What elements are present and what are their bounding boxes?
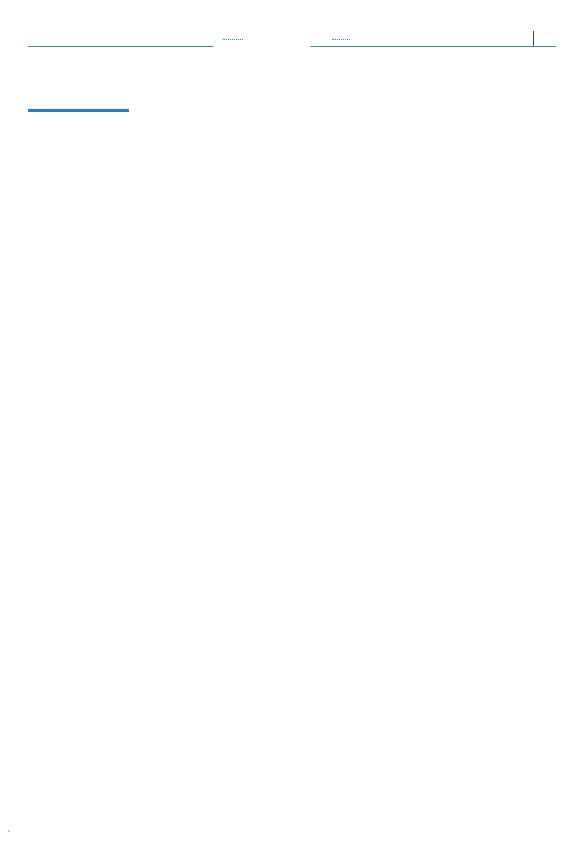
letter	[348, 117, 449, 122]
letter	[242, 84, 343, 89]
letter	[135, 125, 236, 130]
letter	[242, 109, 343, 114]
letter	[28, 140, 129, 145]
letter	[242, 125, 343, 130]
letter	[242, 117, 343, 122]
letter	[242, 59, 343, 64]
letter	[348, 84, 449, 89]
letter	[135, 76, 236, 81]
letter	[348, 59, 449, 64]
letter	[28, 92, 129, 97]
column-2	[135, 59, 236, 829]
letter	[348, 67, 449, 72]
letter	[242, 76, 343, 81]
letter	[348, 100, 449, 105]
letter	[28, 206, 129, 211]
column-3	[242, 59, 343, 829]
letter	[28, 123, 129, 128]
letter	[455, 84, 556, 89]
letter	[348, 134, 449, 139]
letter	[242, 150, 343, 155]
letter	[455, 125, 556, 130]
letter	[28, 189, 129, 194]
letter	[242, 92, 343, 97]
letter	[455, 109, 556, 114]
letter	[455, 117, 556, 122]
letter	[455, 67, 556, 72]
letter	[135, 117, 236, 122]
letter	[135, 150, 236, 155]
logo-dots-left	[223, 39, 243, 40]
letter	[348, 109, 449, 114]
letter	[28, 67, 129, 72]
letter	[242, 134, 343, 139]
letter	[348, 125, 449, 130]
letter	[28, 198, 129, 203]
letter	[455, 92, 556, 97]
letter	[348, 76, 449, 81]
tanti-auguri-mamma-logo	[220, 27, 360, 57]
letter	[28, 59, 129, 64]
letter	[135, 109, 236, 114]
letter	[348, 92, 449, 97]
letter	[135, 67, 236, 72]
letter	[135, 59, 236, 64]
letter	[242, 142, 343, 147]
letter	[455, 59, 556, 64]
column-4	[348, 59, 449, 829]
letter	[135, 100, 236, 105]
letter	[28, 156, 129, 161]
letter	[455, 76, 556, 81]
letter	[455, 134, 556, 139]
letter	[242, 100, 343, 105]
letter	[28, 76, 129, 81]
letter	[28, 165, 129, 170]
letter	[135, 134, 236, 139]
letter	[455, 142, 556, 147]
letter	[28, 223, 129, 228]
column-1	[28, 59, 129, 829]
letter	[455, 100, 556, 105]
letter	[28, 148, 129, 153]
print-mark	[8, 830, 10, 832]
column-5	[455, 59, 556, 829]
letter	[28, 84, 129, 89]
letter	[28, 173, 129, 178]
letter	[135, 84, 236, 89]
town-banner	[28, 109, 129, 112]
logo-dots-right	[332, 39, 350, 40]
letter	[242, 67, 343, 72]
article-columns	[28, 59, 556, 829]
letter	[28, 181, 129, 186]
letter	[135, 142, 236, 147]
letter	[135, 92, 236, 97]
letter	[28, 115, 129, 120]
letter	[28, 214, 129, 219]
page-number-divider	[533, 31, 534, 46]
header-rule-left	[28, 46, 213, 47]
letter	[135, 158, 236, 163]
letter	[28, 131, 129, 136]
letter	[28, 100, 129, 105]
